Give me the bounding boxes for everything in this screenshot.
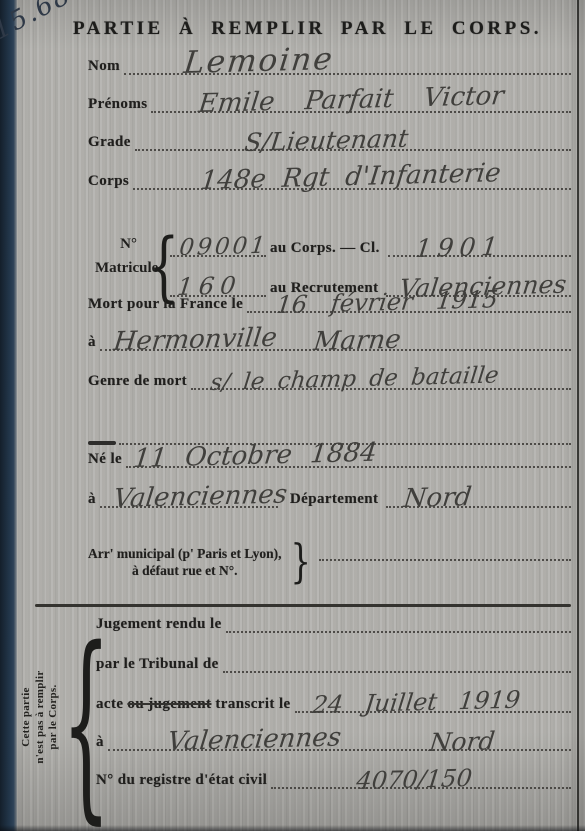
transcrit-value: 24 Juillet 1919 <box>311 686 522 719</box>
jugement-rendu-label: Jugement rendu le <box>96 616 222 633</box>
transcrit-label-prefix: acte <box>96 696 123 713</box>
transcrit-label-struck: ou jugement <box>127 696 211 713</box>
sidebar-note-line2: n'est pas à remplir <box>34 638 48 796</box>
mort-date-line: 16 février 1915 <box>247 305 571 313</box>
matricule-corps-row: 09001 au Corps. — Cl. 1901 <box>170 240 571 257</box>
arr-label-line2: à défaut rue et N°. <box>88 562 282 579</box>
page-title: PARTIE À REMPLIR PAR LE CORPS. <box>60 18 555 40</box>
mort-date-value: 16 février 1915 <box>275 285 499 319</box>
field-registre: N° du registre d'état civil 4070/150 <box>96 772 571 789</box>
jugement-lieu-line: Valenciennes Nord <box>108 743 571 751</box>
field-nom: Nom Lemoine <box>88 58 571 75</box>
grade-value: S/Lieutenant <box>243 124 410 157</box>
ne-le-label: Né le <box>88 451 122 468</box>
mort-label: Mort pour la France le <box>88 296 243 313</box>
field-grade: Grade S/Lieutenant <box>88 134 571 151</box>
ne-le-value: 11 Octobre 1884 <box>132 438 378 474</box>
tribunal-label: par le Tribunal de <box>96 656 219 673</box>
scan-left-edge <box>0 0 17 831</box>
field-mort-lieu: à Hermonville Marne <box>88 334 571 351</box>
field-jugement-lieu: à Valenciennes Nord <box>96 734 571 751</box>
ne-departement-line: Nord <box>386 500 571 508</box>
mort-lieu-value: Hermonville <box>112 323 279 357</box>
corps-line: 148e Rgt d'Infanterie <box>133 182 571 190</box>
mort-lieu-label: à <box>88 334 96 351</box>
sidebar-note-line1: Cette partie <box>20 638 34 796</box>
jugement-brace: { <box>62 612 110 831</box>
arr-municipal-brace: } <box>290 541 310 582</box>
jugement-departement-value: Nord <box>428 726 496 757</box>
field-ne-le: Né le 11 Octobre 1884 <box>88 451 571 468</box>
tribunal-line <box>223 665 571 673</box>
matricule-corps-value: 09001 <box>178 233 269 261</box>
jugement-lieu-value: Valenciennes <box>166 722 343 757</box>
ne-lieu-line: Valenciennes <box>100 500 278 508</box>
prenoms-label: Prénoms <box>88 96 147 113</box>
field-corps: Corps 148e Rgt d'Infanterie <box>88 173 571 190</box>
classe-line: 1901 <box>388 249 571 257</box>
field-mort-date: Mort pour la France le 16 février 1915 <box>88 296 571 313</box>
transcrit-label-suffix: transcrit le <box>215 696 290 713</box>
mort-departement-value: Marne <box>312 325 402 357</box>
sidebar-note: Cette partie n'est pas à remplir par le … <box>20 638 66 796</box>
death-record-card: 15.68 PARTIE À REMPLIR PAR LE CORPS. Nom… <box>0 0 585 831</box>
nom-value: Lemoine <box>182 41 336 81</box>
transcrit-line: 24 Juillet 1919 <box>295 705 571 713</box>
departement-label: Département <box>290 491 379 508</box>
card-fold-line <box>577 0 579 831</box>
genre-mort-label: Genre de mort <box>88 373 187 390</box>
jugement-rendu-line <box>226 625 571 633</box>
field-prenoms: Prénoms Emile Parfait Victor <box>88 96 571 113</box>
nom-label: Nom <box>88 58 120 75</box>
corps-label: Corps <box>88 173 129 190</box>
field-tribunal: par le Tribunal de <box>96 656 571 673</box>
field-ne-lieu: à Valenciennes Département Nord <box>88 491 571 508</box>
genre-mort-value: s/ le champ de bataille <box>209 362 500 396</box>
registre-label: N° du registre d'état civil <box>96 772 267 789</box>
arr-label-line1: Arr' municipal (p' Paris et Lyon), <box>88 545 282 562</box>
corps-value: 148e Rgt d'Infanterie <box>199 158 502 196</box>
ne-lieu-value: Valenciennes <box>112 479 289 514</box>
genre-mort-line: s/ le champ de bataille <box>191 382 571 390</box>
ne-le-line: 11 Octobre 1884 <box>126 460 571 468</box>
grade-line: S/Lieutenant <box>135 143 571 151</box>
registre-line: 4070/150 <box>271 781 571 789</box>
nom-line: Lemoine <box>124 67 571 75</box>
arr-municipal-label: Arr' municipal (p' Paris et Lyon), à déf… <box>88 545 282 579</box>
field-genre-mort: Genre de mort s/ le champ de bataille <box>88 373 571 390</box>
grade-label: Grade <box>88 134 131 151</box>
arr-municipal-line <box>319 553 571 561</box>
registre-value: 4070/150 <box>355 764 474 795</box>
prenoms-line: Emile Parfait Victor <box>151 105 571 113</box>
matricule-corps-line: 09001 <box>170 249 266 257</box>
classe-value: 1901 <box>414 232 505 263</box>
field-jugement-rendu: Jugement rendu le <box>96 616 571 633</box>
ne-departement-value: Nord <box>402 482 473 514</box>
section-divider <box>35 604 571 607</box>
field-transcrit: acte ou jugement transcrit le 24 Juillet… <box>96 696 571 713</box>
au-corps-label: au Corps. — Cl. <box>270 240 380 257</box>
jugement-lieu-label: à <box>96 734 104 751</box>
field-arr-municipal: Arr' municipal (p' Paris et Lyon), à déf… <box>88 544 571 580</box>
prenoms-value: Emile Parfait Victor <box>197 81 506 119</box>
ne-lieu-label: à <box>88 491 96 508</box>
sidebar-note-line3: par le Corps. <box>47 638 61 796</box>
mort-lieu-line: Hermonville Marne <box>100 343 571 351</box>
blank-line-dash <box>88 441 116 445</box>
